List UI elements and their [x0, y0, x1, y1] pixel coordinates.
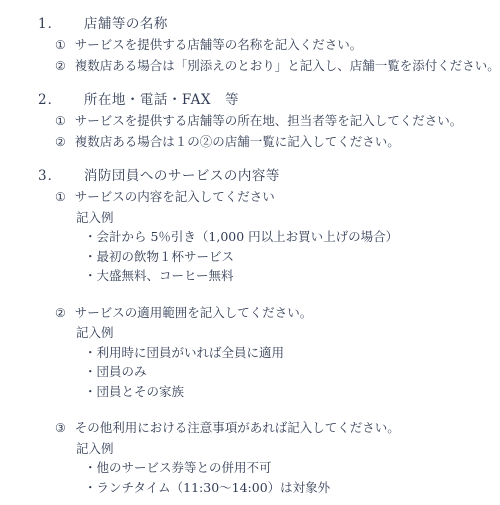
section-3-number: 3．: [38, 166, 62, 187]
section-1-number: 1．: [38, 14, 62, 35]
section-3-item-1-example-3: ・大盛無料、コーヒー無料: [38, 266, 492, 286]
circled-2-marker: ②: [55, 57, 66, 77]
circled-3-marker: ③: [55, 419, 66, 439]
section-2-item-1-text: サービスを提供する店舗等の所在地、担当者等を記入してください。: [75, 113, 463, 128]
section-3-item-2-text: サービスの適用範囲を記入してください。: [75, 305, 313, 320]
section-3-item-1-text: サービスの内容を記入してください: [75, 189, 275, 204]
circled-2-marker: ②: [55, 133, 66, 153]
section-1-heading: 1． 店舗等の名称: [38, 14, 492, 35]
section-2: 2． 所在地・電話・FAX 等 ① サービスを提供する店舗等の所在地、担当者等を…: [38, 90, 492, 152]
circled-2-marker: ②: [55, 304, 66, 324]
section-3-item-3-text: その他利用における注意事項があれば記入してください。: [75, 420, 400, 435]
section-3-title: 消防団員へのサービスの内容等: [84, 168, 280, 184]
section-3-item-3-block: ③ その他利用における注意事項があれば記入してください。 記入例 ・他のサービス…: [38, 418, 492, 497]
section-1-item-1: ① サービスを提供する店舗等の名称を記入ください。: [38, 35, 492, 56]
circled-1-marker: ①: [55, 36, 66, 56]
section-2-item-1: ① サービスを提供する店舗等の所在地、担当者等を記入してください。: [38, 111, 492, 132]
section-3-item-1-example-label: 記入例: [38, 208, 492, 228]
circled-1-marker: ①: [55, 188, 66, 208]
circled-1-marker: ①: [55, 112, 66, 132]
section-3-item-1-block: ① サービスの内容を記入してください 記入例 ・会計から 5％引き（1,000 …: [38, 187, 492, 286]
section-2-title: 所在地・電話・FAX 等: [84, 92, 239, 108]
section-3-item-3-example-label: 記入例: [38, 439, 492, 459]
section-3-item-2-example-2: ・団員のみ: [38, 362, 492, 382]
section-3-item-2-example-label: 記入例: [38, 323, 492, 343]
section-2-heading: 2． 所在地・電話・FAX 等: [38, 90, 492, 111]
section-1-title: 店舗等の名称: [84, 16, 168, 32]
section-3-item-3-example-2: ・ランチタイム（11:30～14:00）は対象外: [38, 478, 492, 498]
section-3-item-1-example-2: ・最初の飲物１杯サービス: [38, 247, 492, 267]
section-3-item-1-example-1: ・会計から 5％引き（1,000 円以上お買い上げの場合）: [38, 227, 492, 247]
section-1-item-2: ② 複数店ある場合は「別添えのとおり」と記入し、店舗一覧を添付ください。: [38, 56, 492, 77]
section-3-item-2: ② サービスの適用範囲を記入してください。: [38, 303, 492, 324]
section-3-item-3-example-1: ・他のサービス券等との併用不可: [38, 458, 492, 478]
section-3-item-3: ③ その他利用における注意事項があれば記入してください。: [38, 418, 492, 439]
section-1: 1． 店舗等の名称 ① サービスを提供する店舗等の名称を記入ください。 ② 複数…: [38, 14, 492, 76]
section-3-item-1: ① サービスの内容を記入してください: [38, 187, 492, 208]
section-3-item-2-example-3: ・団員とその家族: [38, 382, 492, 402]
section-3-item-2-block: ② サービスの適用範囲を記入してください。 記入例 ・利用時に団員がいれば全員に…: [38, 303, 492, 402]
section-3: 3． 消防団員へのサービスの内容等 ① サービスの内容を記入してください 記入例…: [38, 166, 492, 497]
section-3-heading: 3． 消防団員へのサービスの内容等: [38, 166, 492, 187]
section-2-number: 2．: [38, 90, 62, 111]
document-page: 1． 店舗等の名称 ① サービスを提供する店舗等の名称を記入ください。 ② 複数…: [0, 0, 500, 505]
section-1-item-1-text: サービスを提供する店舗等の名称を記入ください。: [75, 37, 363, 52]
section-3-item-2-example-1: ・利用時に団員がいれば全員に適用: [38, 343, 492, 363]
section-2-item-2-text: 複数店ある場合は１の②の店舗一覧に記入してください。: [75, 134, 400, 149]
section-1-item-2-text: 複数店ある場合は「別添えのとおり」と記入し、店舗一覧を添付ください。: [75, 58, 500, 73]
section-2-item-2: ② 複数店ある場合は１の②の店舗一覧に記入してください。: [38, 132, 492, 153]
